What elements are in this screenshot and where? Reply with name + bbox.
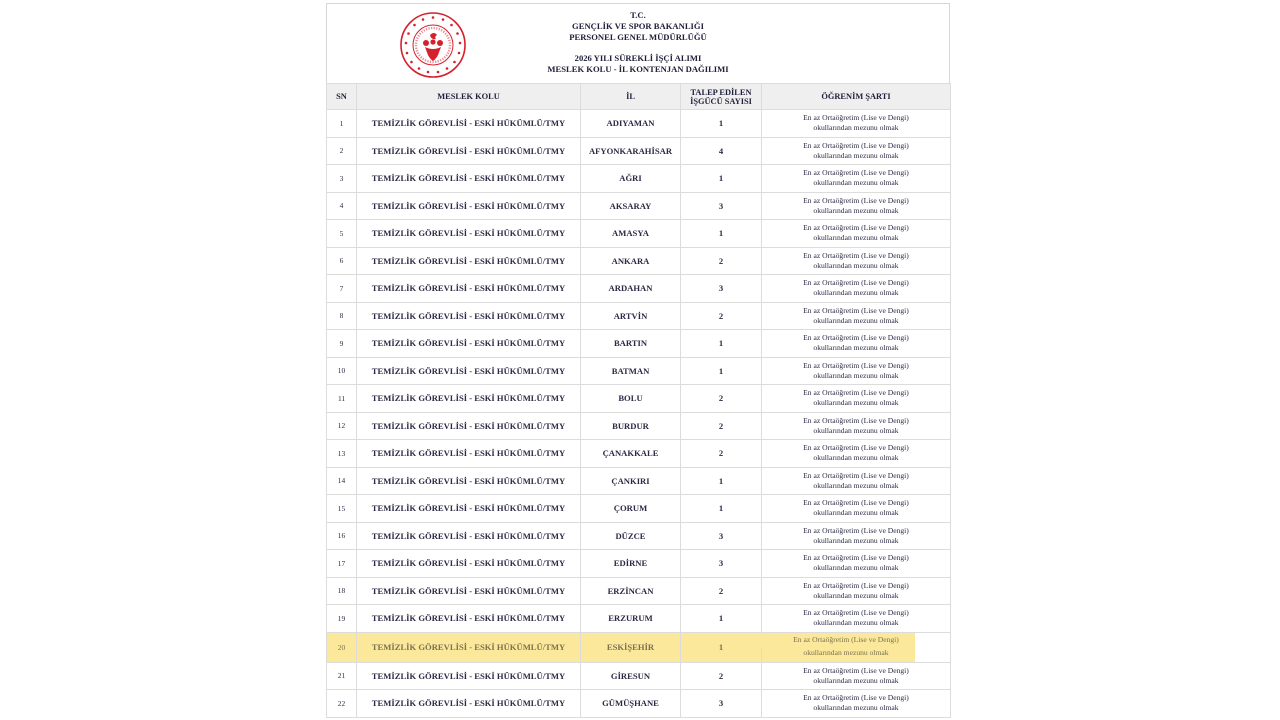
cell-sn: 15 bbox=[327, 495, 357, 523]
cell-meslek-kolu: TEMİZLİK GÖREVLİSİ - ESKİ HÜKÜMLÜ/TMY bbox=[357, 220, 581, 248]
cell-sn: 19 bbox=[327, 605, 357, 633]
education-text: En az Ortaöğretim (Lise ve Dengi)okullar… bbox=[803, 388, 909, 407]
cell-meslek-kolu: TEMİZLİK GÖREVLİSİ - ESKİ HÜKÜMLÜ/TMY bbox=[357, 275, 581, 303]
cell-talep-sayisi: 2 bbox=[681, 302, 762, 330]
cell-meslek-kolu: TEMİZLİK GÖREVLİSİ - ESKİ HÜKÜMLÜ/TMY bbox=[357, 467, 581, 495]
table-row: 1 TEMİZLİK GÖREVLİSİ - ESKİ HÜKÜMLÜ/TMY … bbox=[327, 110, 951, 138]
cell-sn: 6 bbox=[327, 247, 357, 275]
cell-talep-sayisi: 1 bbox=[681, 330, 762, 358]
education-text: En az Ortaöğretim (Lise ve Dengi)okullar… bbox=[803, 693, 909, 712]
title-line-tc: T.C. bbox=[327, 10, 949, 21]
cell-sn: 13 bbox=[327, 440, 357, 468]
education-text: En az Ortaöğretim (Lise ve Dengi)okullar… bbox=[803, 526, 909, 545]
cell-il: ÇANAKKALE bbox=[581, 440, 681, 468]
column-header-sn: SN bbox=[327, 84, 357, 110]
table-row: 6 TEMİZLİK GÖREVLİSİ - ESKİ HÜKÜMLÜ/TMY … bbox=[327, 247, 951, 275]
cell-sn: 2 bbox=[327, 137, 357, 165]
table-row: 3 TEMİZLİK GÖREVLİSİ - ESKİ HÜKÜMLÜ/TMY … bbox=[327, 165, 951, 193]
cell-ogrenim-sarti: En az Ortaöğretim (Lise ve Dengi)okullar… bbox=[762, 632, 951, 662]
table-row: 8 TEMİZLİK GÖREVLİSİ - ESKİ HÜKÜMLÜ/TMY … bbox=[327, 302, 951, 330]
cell-ogrenim-sarti: En az Ortaöğretim (Lise ve Dengi)okullar… bbox=[762, 220, 951, 248]
cell-talep-sayisi: 2 bbox=[681, 412, 762, 440]
table-row: 15 TEMİZLİK GÖREVLİSİ - ESKİ HÜKÜMLÜ/TMY… bbox=[327, 495, 951, 523]
document-page: T.C. GENÇLİK VE SPOR BAKANLIĞI PERSONEL … bbox=[326, 3, 950, 718]
cell-talep-sayisi: 3 bbox=[681, 275, 762, 303]
cell-meslek-kolu: TEMİZLİK GÖREVLİSİ - ESKİ HÜKÜMLÜ/TMY bbox=[357, 137, 581, 165]
column-header-talep-line1: TALEP EDİLEN bbox=[681, 88, 761, 97]
education-text: En az Ortaöğretim (Lise ve Dengi)okullar… bbox=[803, 553, 909, 572]
cell-ogrenim-sarti: En az Ortaöğretim (Lise ve Dengi)okullar… bbox=[762, 330, 951, 358]
cell-sn: 10 bbox=[327, 357, 357, 385]
cell-il: ESKİŞEHİR bbox=[581, 632, 681, 662]
table-row: 13 TEMİZLİK GÖREVLİSİ - ESKİ HÜKÜMLÜ/TMY… bbox=[327, 440, 951, 468]
document-header: T.C. GENÇLİK VE SPOR BAKANLIĞI PERSONEL … bbox=[326, 3, 950, 83]
cell-talep-sayisi: 3 bbox=[681, 522, 762, 550]
education-text: En az Ortaöğretim (Lise ve Dengi)okullar… bbox=[803, 251, 909, 270]
cell-ogrenim-sarti: En az Ortaöğretim (Lise ve Dengi)okullar… bbox=[762, 275, 951, 303]
table-body: 1 TEMİZLİK GÖREVLİSİ - ESKİ HÜKÜMLÜ/TMY … bbox=[327, 110, 951, 718]
cell-meslek-kolu: TEMİZLİK GÖREVLİSİ - ESKİ HÜKÜMLÜ/TMY bbox=[357, 357, 581, 385]
cell-meslek-kolu: TEMİZLİK GÖREVLİSİ - ESKİ HÜKÜMLÜ/TMY bbox=[357, 690, 581, 718]
cell-meslek-kolu: TEMİZLİK GÖREVLİSİ - ESKİ HÜKÜMLÜ/TMY bbox=[357, 385, 581, 413]
cell-ogrenim-sarti: En az Ortaöğretim (Lise ve Dengi)okullar… bbox=[762, 495, 951, 523]
education-text: En az Ortaöğretim (Lise ve Dengi)okullar… bbox=[803, 278, 909, 297]
cell-meslek-kolu: TEMİZLİK GÖREVLİSİ - ESKİ HÜKÜMLÜ/TMY bbox=[357, 192, 581, 220]
cell-sn: 21 bbox=[327, 662, 357, 690]
cell-talep-sayisi: 2 bbox=[681, 662, 762, 690]
cell-ogrenim-sarti: En az Ortaöğretim (Lise ve Dengi)okullar… bbox=[762, 550, 951, 578]
cell-meslek-kolu: TEMİZLİK GÖREVLİSİ - ESKİ HÜKÜMLÜ/TMY bbox=[357, 440, 581, 468]
education-text: En az Ortaöğretim (Lise ve Dengi)okullar… bbox=[803, 113, 909, 132]
cell-il: ADIYAMAN bbox=[581, 110, 681, 138]
cell-sn: 7 bbox=[327, 275, 357, 303]
cell-il: EDİRNE bbox=[581, 550, 681, 578]
education-text: En az Ortaöğretim (Lise ve Dengi)okullar… bbox=[803, 471, 909, 490]
cell-il: GÜMÜŞHANE bbox=[581, 690, 681, 718]
table-row: 12 TEMİZLİK GÖREVLİSİ - ESKİ HÜKÜMLÜ/TMY… bbox=[327, 412, 951, 440]
table-row: 16 TEMİZLİK GÖREVLİSİ - ESKİ HÜKÜMLÜ/TMY… bbox=[327, 522, 951, 550]
cell-talep-sayisi: 4 bbox=[681, 137, 762, 165]
cell-il: AMASYA bbox=[581, 220, 681, 248]
cell-ogrenim-sarti: En az Ortaöğretim (Lise ve Dengi)okullar… bbox=[762, 385, 951, 413]
cell-talep-sayisi: 3 bbox=[681, 550, 762, 578]
table-row: 14 TEMİZLİK GÖREVLİSİ - ESKİ HÜKÜMLÜ/TMY… bbox=[327, 467, 951, 495]
cell-talep-sayisi: 1 bbox=[681, 220, 762, 248]
cell-talep-sayisi: 1 bbox=[681, 357, 762, 385]
table-row: 5 TEMİZLİK GÖREVLİSİ - ESKİ HÜKÜMLÜ/TMY … bbox=[327, 220, 951, 248]
cell-sn: 14 bbox=[327, 467, 357, 495]
cell-sn: 17 bbox=[327, 550, 357, 578]
cell-ogrenim-sarti: En az Ortaöğretim (Lise ve Dengi)okullar… bbox=[762, 247, 951, 275]
title-line-distribution: MESLEK KOLU - İL KONTENJAN DAĞILIMI bbox=[327, 64, 949, 75]
education-text: En az Ortaöğretim (Lise ve Dengi)okullar… bbox=[803, 443, 909, 462]
column-header-talep: TALEP EDİLEN İŞGÜCÜ SAYISI bbox=[681, 84, 762, 110]
cell-meslek-kolu: TEMİZLİK GÖREVLİSİ - ESKİ HÜKÜMLÜ/TMY bbox=[357, 302, 581, 330]
cell-sn: 4 bbox=[327, 192, 357, 220]
table-row: 7 TEMİZLİK GÖREVLİSİ - ESKİ HÜKÜMLÜ/TMY … bbox=[327, 275, 951, 303]
column-header-il: İL bbox=[581, 84, 681, 110]
cell-ogrenim-sarti: En az Ortaöğretim (Lise ve Dengi)okullar… bbox=[762, 110, 951, 138]
cell-sn: 18 bbox=[327, 577, 357, 605]
cell-sn: 9 bbox=[327, 330, 357, 358]
cell-talep-sayisi: 2 bbox=[681, 247, 762, 275]
cell-il: ÇANKIRI bbox=[581, 467, 681, 495]
cell-ogrenim-sarti: En az Ortaöğretim (Lise ve Dengi)okullar… bbox=[762, 690, 951, 718]
cell-il: AKSARAY bbox=[581, 192, 681, 220]
education-text: En az Ortaöğretim (Lise ve Dengi)okullar… bbox=[803, 223, 909, 242]
cell-talep-sayisi: 1 bbox=[681, 467, 762, 495]
document-title: T.C. GENÇLİK VE SPOR BAKANLIĞI PERSONEL … bbox=[327, 10, 949, 75]
education-text: En az Ortaöğretim (Lise ve Dengi)okullar… bbox=[803, 141, 909, 160]
cell-meslek-kolu: TEMİZLİK GÖREVLİSİ - ESKİ HÜKÜMLÜ/TMY bbox=[357, 662, 581, 690]
cell-ogrenim-sarti: En az Ortaöğretim (Lise ve Dengi)okullar… bbox=[762, 577, 951, 605]
cell-meslek-kolu: TEMİZLİK GÖREVLİSİ - ESKİ HÜKÜMLÜ/TMY bbox=[357, 110, 581, 138]
table-row: 2 TEMİZLİK GÖREVLİSİ - ESKİ HÜKÜMLÜ/TMY … bbox=[327, 137, 951, 165]
cell-il: ANKARA bbox=[581, 247, 681, 275]
column-header-ogrenim-sarti: ÖĞRENİM ŞARTI bbox=[762, 84, 951, 110]
cell-meslek-kolu: TEMİZLİK GÖREVLİSİ - ESKİ HÜKÜMLÜ/TMY bbox=[357, 412, 581, 440]
cell-il: BURDUR bbox=[581, 412, 681, 440]
cell-meslek-kolu: TEMİZLİK GÖREVLİSİ - ESKİ HÜKÜMLÜ/TMY bbox=[357, 247, 581, 275]
cell-ogrenim-sarti: En az Ortaöğretim (Lise ve Dengi)okullar… bbox=[762, 605, 951, 633]
cell-talep-sayisi: 2 bbox=[681, 440, 762, 468]
table-row: 9 TEMİZLİK GÖREVLİSİ - ESKİ HÜKÜMLÜ/TMY … bbox=[327, 330, 951, 358]
cell-il: AĞRI bbox=[581, 165, 681, 193]
cell-il: ERZİNCAN bbox=[581, 577, 681, 605]
table-row: 19 TEMİZLİK GÖREVLİSİ - ESKİ HÜKÜMLÜ/TMY… bbox=[327, 605, 951, 633]
cell-sn: 12 bbox=[327, 412, 357, 440]
cell-ogrenim-sarti: En az Ortaöğretim (Lise ve Dengi)okullar… bbox=[762, 522, 951, 550]
cell-meslek-kolu: TEMİZLİK GÖREVLİSİ - ESKİ HÜKÜMLÜ/TMY bbox=[357, 605, 581, 633]
cell-sn: 20 bbox=[327, 632, 357, 662]
cell-meslek-kolu: TEMİZLİK GÖREVLİSİ - ESKİ HÜKÜMLÜ/TMY bbox=[357, 550, 581, 578]
cell-sn: 8 bbox=[327, 302, 357, 330]
title-line-directorate: PERSONEL GENEL MÜDÜRLÜĞÜ bbox=[327, 32, 949, 43]
cell-meslek-kolu: TEMİZLİK GÖREVLİSİ - ESKİ HÜKÜMLÜ/TMY bbox=[357, 330, 581, 358]
cell-il: ARDAHAN bbox=[581, 275, 681, 303]
cell-talep-sayisi: 1 bbox=[681, 605, 762, 633]
cell-ogrenim-sarti: En az Ortaöğretim (Lise ve Dengi)okullar… bbox=[762, 165, 951, 193]
education-text: En az Ortaöğretim (Lise ve Dengi)okullar… bbox=[803, 666, 909, 685]
cell-meslek-kolu: TEMİZLİK GÖREVLİSİ - ESKİ HÜKÜMLÜ/TMY bbox=[357, 495, 581, 523]
cell-sn: 16 bbox=[327, 522, 357, 550]
table-row: 17 TEMİZLİK GÖREVLİSİ - ESKİ HÜKÜMLÜ/TMY… bbox=[327, 550, 951, 578]
title-line-ministry: GENÇLİK VE SPOR BAKANLIĞI bbox=[327, 21, 949, 32]
title-line-recruitment: 2026 YILI SÜREKLİ İŞÇİ ALIMI bbox=[327, 53, 949, 64]
cell-sn: 5 bbox=[327, 220, 357, 248]
table-row: 4 TEMİZLİK GÖREVLİSİ - ESKİ HÜKÜMLÜ/TMY … bbox=[327, 192, 951, 220]
cell-sn: 3 bbox=[327, 165, 357, 193]
education-text: En az Ortaöğretim (Lise ve Dengi)okullar… bbox=[803, 333, 909, 352]
quota-table: SN MESLEK KOLU İL TALEP EDİLEN İŞGÜCÜ SA… bbox=[326, 83, 951, 718]
table-row: 22 TEMİZLİK GÖREVLİSİ - ESKİ HÜKÜMLÜ/TMY… bbox=[327, 690, 951, 718]
cell-il: ARTVİN bbox=[581, 302, 681, 330]
cell-talep-sayisi: 1 bbox=[681, 632, 762, 662]
cell-il: ÇORUM bbox=[581, 495, 681, 523]
cell-il: AFYONKARAHİSAR bbox=[581, 137, 681, 165]
cell-talep-sayisi: 3 bbox=[681, 690, 762, 718]
table-row: 21 TEMİZLİK GÖREVLİSİ - ESKİ HÜKÜMLÜ/TMY… bbox=[327, 662, 951, 690]
column-header-talep-line2: İŞGÜCÜ SAYISI bbox=[681, 97, 761, 106]
column-header-meslek-kolu: MESLEK KOLU bbox=[357, 84, 581, 110]
table-row: 18 TEMİZLİK GÖREVLİSİ - ESKİ HÜKÜMLÜ/TMY… bbox=[327, 577, 951, 605]
table-header-row: SN MESLEK KOLU İL TALEP EDİLEN İŞGÜCÜ SA… bbox=[327, 84, 951, 110]
cell-meslek-kolu: TEMİZLİK GÖREVLİSİ - ESKİ HÜKÜMLÜ/TMY bbox=[357, 632, 581, 662]
education-text: En az Ortaöğretim (Lise ve Dengi)okullar… bbox=[803, 416, 909, 435]
education-text: En az Ortaöğretim (Lise ve Dengi)okullar… bbox=[803, 608, 909, 627]
cell-meslek-kolu: TEMİZLİK GÖREVLİSİ - ESKİ HÜKÜMLÜ/TMY bbox=[357, 522, 581, 550]
education-text: En az Ortaöğretim (Lise ve Dengi)okullar… bbox=[803, 581, 909, 600]
cell-ogrenim-sarti: En az Ortaöğretim (Lise ve Dengi)okullar… bbox=[762, 137, 951, 165]
cell-talep-sayisi: 2 bbox=[681, 577, 762, 605]
cell-sn: 1 bbox=[327, 110, 357, 138]
table-row: 11 TEMİZLİK GÖREVLİSİ - ESKİ HÜKÜMLÜ/TMY… bbox=[327, 385, 951, 413]
cell-talep-sayisi: 1 bbox=[681, 110, 762, 138]
cell-sn: 11 bbox=[327, 385, 357, 413]
education-text: En az Ortaöğretim (Lise ve Dengi)okullar… bbox=[803, 168, 909, 187]
cell-il: ERZURUM bbox=[581, 605, 681, 633]
cell-il: DÜZCE bbox=[581, 522, 681, 550]
cell-talep-sayisi: 2 bbox=[681, 385, 762, 413]
cell-talep-sayisi: 1 bbox=[681, 495, 762, 523]
cell-il: GİRESUN bbox=[581, 662, 681, 690]
education-text: En az Ortaöğretim (Lise ve Dengi)okullar… bbox=[803, 498, 909, 517]
table-row-highlighted: 20 TEMİZLİK GÖREVLİSİ - ESKİ HÜKÜMLÜ/TMY… bbox=[327, 632, 951, 662]
cell-il: BATMAN bbox=[581, 357, 681, 385]
cell-ogrenim-sarti: En az Ortaöğretim (Lise ve Dengi)okullar… bbox=[762, 192, 951, 220]
table-row: 10 TEMİZLİK GÖREVLİSİ - ESKİ HÜKÜMLÜ/TMY… bbox=[327, 357, 951, 385]
cell-meslek-kolu: TEMİZLİK GÖREVLİSİ - ESKİ HÜKÜMLÜ/TMY bbox=[357, 577, 581, 605]
cell-ogrenim-sarti: En az Ortaöğretim (Lise ve Dengi)okullar… bbox=[762, 412, 951, 440]
cell-talep-sayisi: 1 bbox=[681, 165, 762, 193]
cell-ogrenim-sarti: En az Ortaöğretim (Lise ve Dengi)okullar… bbox=[762, 662, 951, 690]
education-text: En az Ortaöğretim (Lise ve Dengi)okullar… bbox=[803, 306, 909, 325]
cell-il: BOLU bbox=[581, 385, 681, 413]
cell-il: BARTIN bbox=[581, 330, 681, 358]
cell-sn: 22 bbox=[327, 690, 357, 718]
education-text: En az Ortaöğretim (Lise ve Dengi)okullar… bbox=[803, 361, 909, 380]
cell-talep-sayisi: 3 bbox=[681, 192, 762, 220]
cell-meslek-kolu: TEMİZLİK GÖREVLİSİ - ESKİ HÜKÜMLÜ/TMY bbox=[357, 165, 581, 193]
cell-ogrenim-sarti: En az Ortaöğretim (Lise ve Dengi)okullar… bbox=[762, 302, 951, 330]
cell-ogrenim-sarti: En az Ortaöğretim (Lise ve Dengi)okullar… bbox=[762, 357, 951, 385]
cell-ogrenim-sarti: En az Ortaöğretim (Lise ve Dengi)okullar… bbox=[762, 467, 951, 495]
education-text: En az Ortaöğretim (Lise ve Dengi)okullar… bbox=[803, 196, 909, 215]
education-text: En az Ortaöğretim (Lise ve Dengi)okullar… bbox=[762, 633, 915, 662]
cell-ogrenim-sarti: En az Ortaöğretim (Lise ve Dengi)okullar… bbox=[762, 440, 951, 468]
